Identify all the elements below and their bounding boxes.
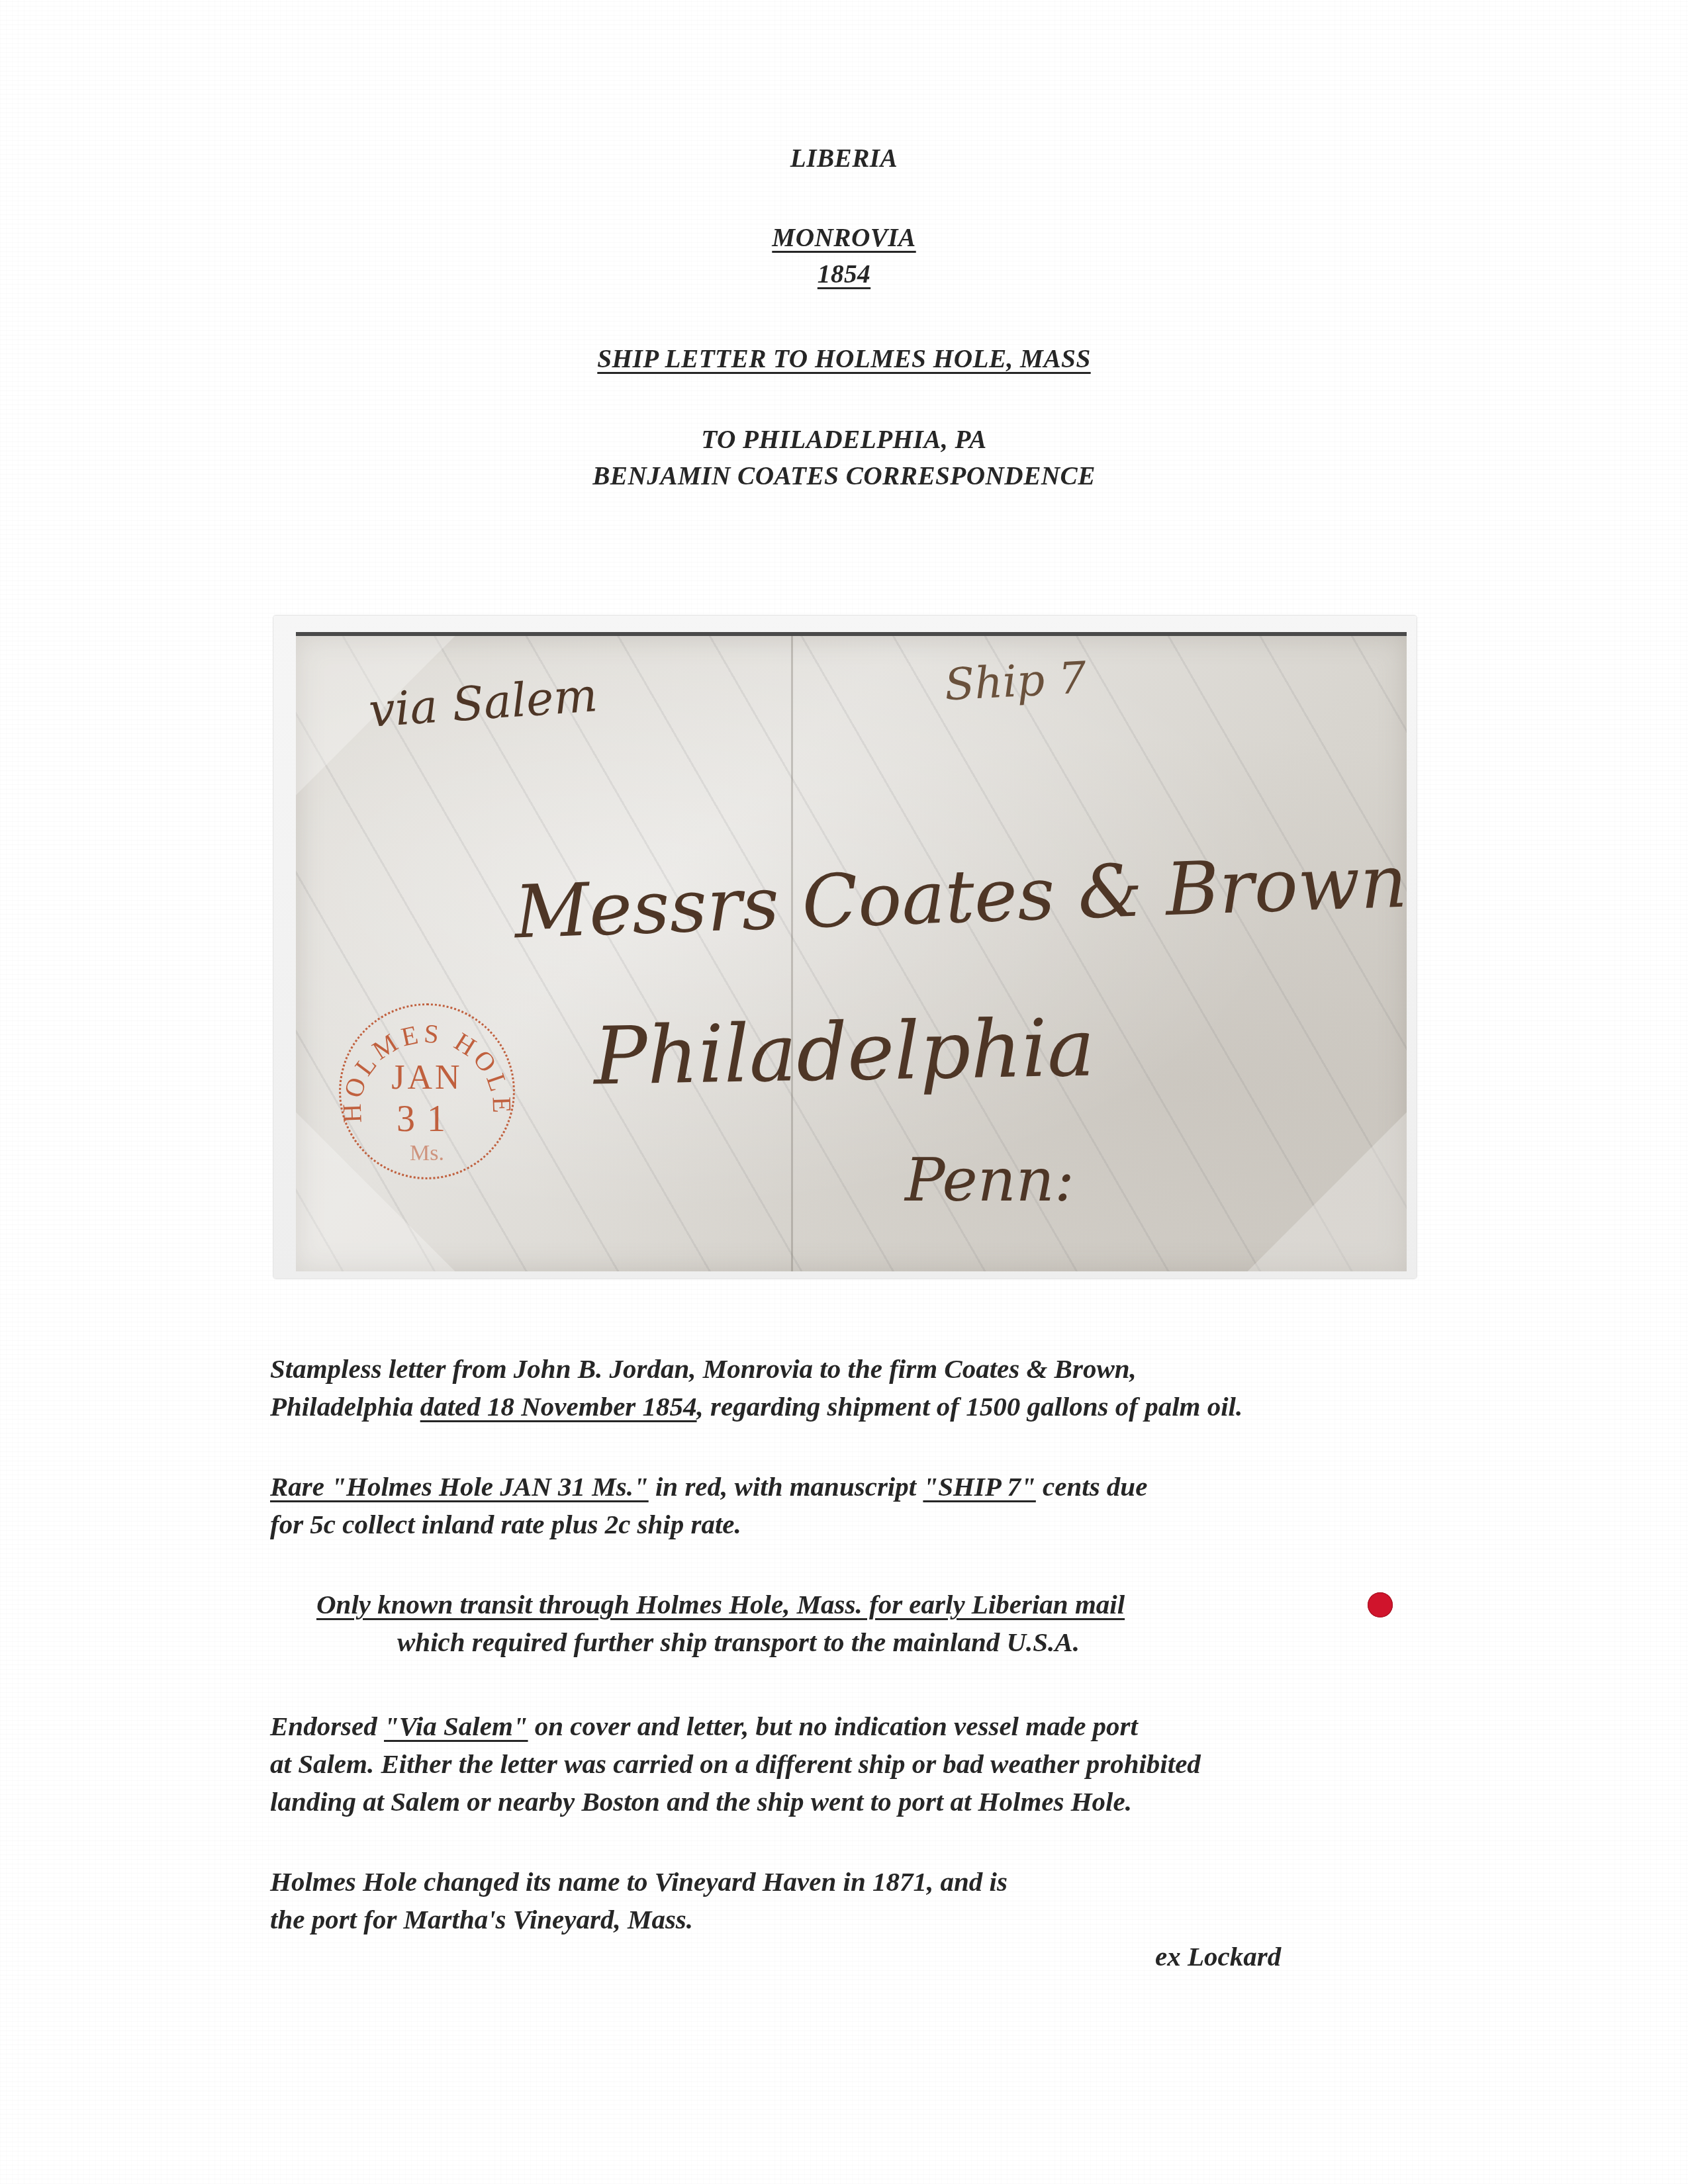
desc-p2-line1: Rare "Holmes Hole JAN 31 Ms." in red, wi…	[270, 1468, 1147, 1506]
desc-p3-line1: Only known transit through Holmes Hole, …	[316, 1586, 1125, 1623]
heading-city: MONROVIA	[17, 222, 1671, 253]
desc-p2-post: cents due	[1036, 1471, 1148, 1502]
desc-p4-pre: Endorsed	[270, 1711, 384, 1741]
desc-p2-mid: in red, with manuscript	[649, 1471, 923, 1502]
fold-line	[791, 636, 793, 1271]
address-city: Philadelphia	[593, 1002, 1096, 1103]
heading-correspondence: BENJAMIN COATES CORRESPONDENCE	[17, 460, 1671, 491]
desc-p1-date: dated 18 November 1854	[420, 1391, 697, 1422]
desc-p1-line2-post: , regarding shipment of 1500 gallons of …	[697, 1391, 1243, 1422]
address-state: Penn:	[905, 1146, 1074, 1215]
postmark-day: 31	[341, 1098, 513, 1140]
heading-subject: SHIP LETTER TO HOLMES HOLE, MASS	[17, 343, 1671, 374]
heading-year: 1854	[17, 258, 1671, 289]
desc-p1-line2-pre: Philadelphia	[270, 1391, 420, 1422]
desc-p4-line2: at Salem. Either the letter was carried …	[270, 1745, 1201, 1783]
desc-p4-post: on cover and letter, but no indication v…	[528, 1711, 1138, 1741]
desc-p1-line1: Stampless letter from John B. Jordan, Mo…	[270, 1350, 1137, 1388]
red-dot-marker-icon	[1368, 1592, 1393, 1617]
desc-p3-highlight: Only known transit through Holmes Hole, …	[316, 1589, 1125, 1619]
provenance: ex Lockard	[1155, 1938, 1281, 1976]
desc-p2-line2: for 5c collect inland rate plus 2c ship …	[270, 1506, 741, 1543]
heading-subject-text: SHIP LETTER TO HOLMES HOLE, MASS	[597, 343, 1090, 373]
heading-destination: TO PHILADELPHIA, PA	[17, 424, 1671, 455]
desc-p4-via-salem: "Via Salem"	[384, 1711, 528, 1741]
postmark-holmes-hole: HOLMES HOLE JAN 31 Ms.	[339, 1003, 515, 1179]
desc-p4-line3: landing at Salem or nearby Boston and th…	[270, 1783, 1132, 1821]
heading-year-text: 1854	[818, 259, 870, 289]
desc-p5-line1: Holmes Hole changed its name to Vineyard…	[270, 1863, 1008, 1901]
heading-city-text: MONROVIA	[772, 222, 915, 252]
desc-p2-ship-quote: "SHIP 7"	[923, 1471, 1035, 1502]
cover-letter-image: via Salem Ship 7 Messrs Coates & Brown P…	[296, 632, 1407, 1271]
desc-p1-line2: Philadelphia dated 18 November 1854, reg…	[270, 1388, 1243, 1426]
desc-p3-line2: which required further ship transport to…	[397, 1623, 1080, 1661]
postmark-month: JAN	[341, 1058, 513, 1097]
manuscript-ship-rate: Ship 7	[943, 652, 1088, 710]
postmark-state: Ms.	[341, 1141, 513, 1166]
desc-p4-line1: Endorsed "Via Salem" on cover and letter…	[270, 1707, 1138, 1745]
desc-p5-line2: the port for Martha's Vineyard, Mass.	[270, 1901, 693, 1938]
desc-p2-postmark-quote: Rare "Holmes Hole JAN 31 Ms."	[270, 1471, 649, 1502]
heading-country: LIBERIA	[17, 142, 1671, 173]
